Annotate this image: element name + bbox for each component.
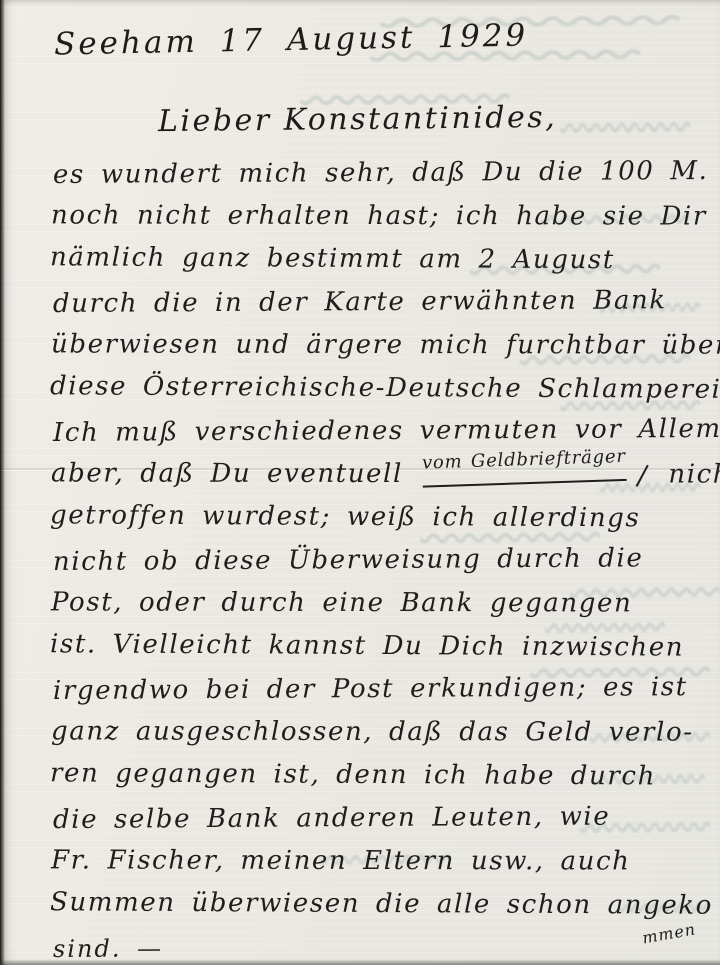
letter-line: überwiesen und ärgere mich furchtbar übe… (51, 323, 706, 367)
letter-line: durch die in der Karte erwähnten Bank (53, 279, 706, 326)
letter-line: nicht ob diese Überweisung durch die (53, 537, 706, 584)
insertion-caret (635, 465, 648, 487)
letter-line: es wundert mich sehr, daß Du die 100 M. (53, 150, 706, 197)
bleedthrough-line (560, 119, 690, 135)
letter-line: Fr. Fischer, meinen Eltern usw., auch (51, 839, 706, 883)
scan-edge-shadow-left (0, 0, 5, 965)
letter-line: die selbe Bank anderen Leuten, wie (53, 795, 706, 842)
inserted-phrase: vom Geldbriefträger (421, 435, 626, 488)
letter-salutation: Lieber Konstantinides, (158, 100, 558, 139)
scanned-letter-page: Seeham 17 August 1929 Lieber Konstantini… (0, 0, 720, 965)
letter-closing: sind. — (53, 924, 706, 965)
letter-line: ren gegangen ist, denn ich habe durch (50, 752, 706, 798)
caret-line-suffix: nicht zu Hause (668, 460, 720, 490)
letter-body: es wundert mich sehr, daß Du die 100 M. … (50, 152, 706, 965)
letter-line-with-insertion: aber, daß Du eventuell vom Geldbriefträg… (51, 452, 706, 496)
letter-line: ist. Vielleicht kannst Du Dich inzwische… (50, 623, 706, 669)
letter-line: getroffen wurdest; weiß ich allerdings (50, 494, 706, 540)
letter-line: ganz ausgeschlossen, daß das Geld verlo- (51, 710, 706, 754)
caret-line-prefix: aber, daß Du eventuell (51, 458, 403, 489)
letter-line: nämlich ganz bestimmt am 2 August (50, 236, 706, 282)
letter-line: irgendwo bei der Post erkundigen; es ist (53, 666, 706, 713)
letter-line: diese Österreichische-Deutsche Schlamper… (50, 365, 706, 411)
letter-line: Summen überwiesen die alle schon angeko (50, 881, 706, 927)
letter-line: noch nicht erhalten hast; ich habe sie D… (51, 194, 706, 238)
letter-line: Post, oder durch eine Bank gegangen (51, 581, 706, 625)
